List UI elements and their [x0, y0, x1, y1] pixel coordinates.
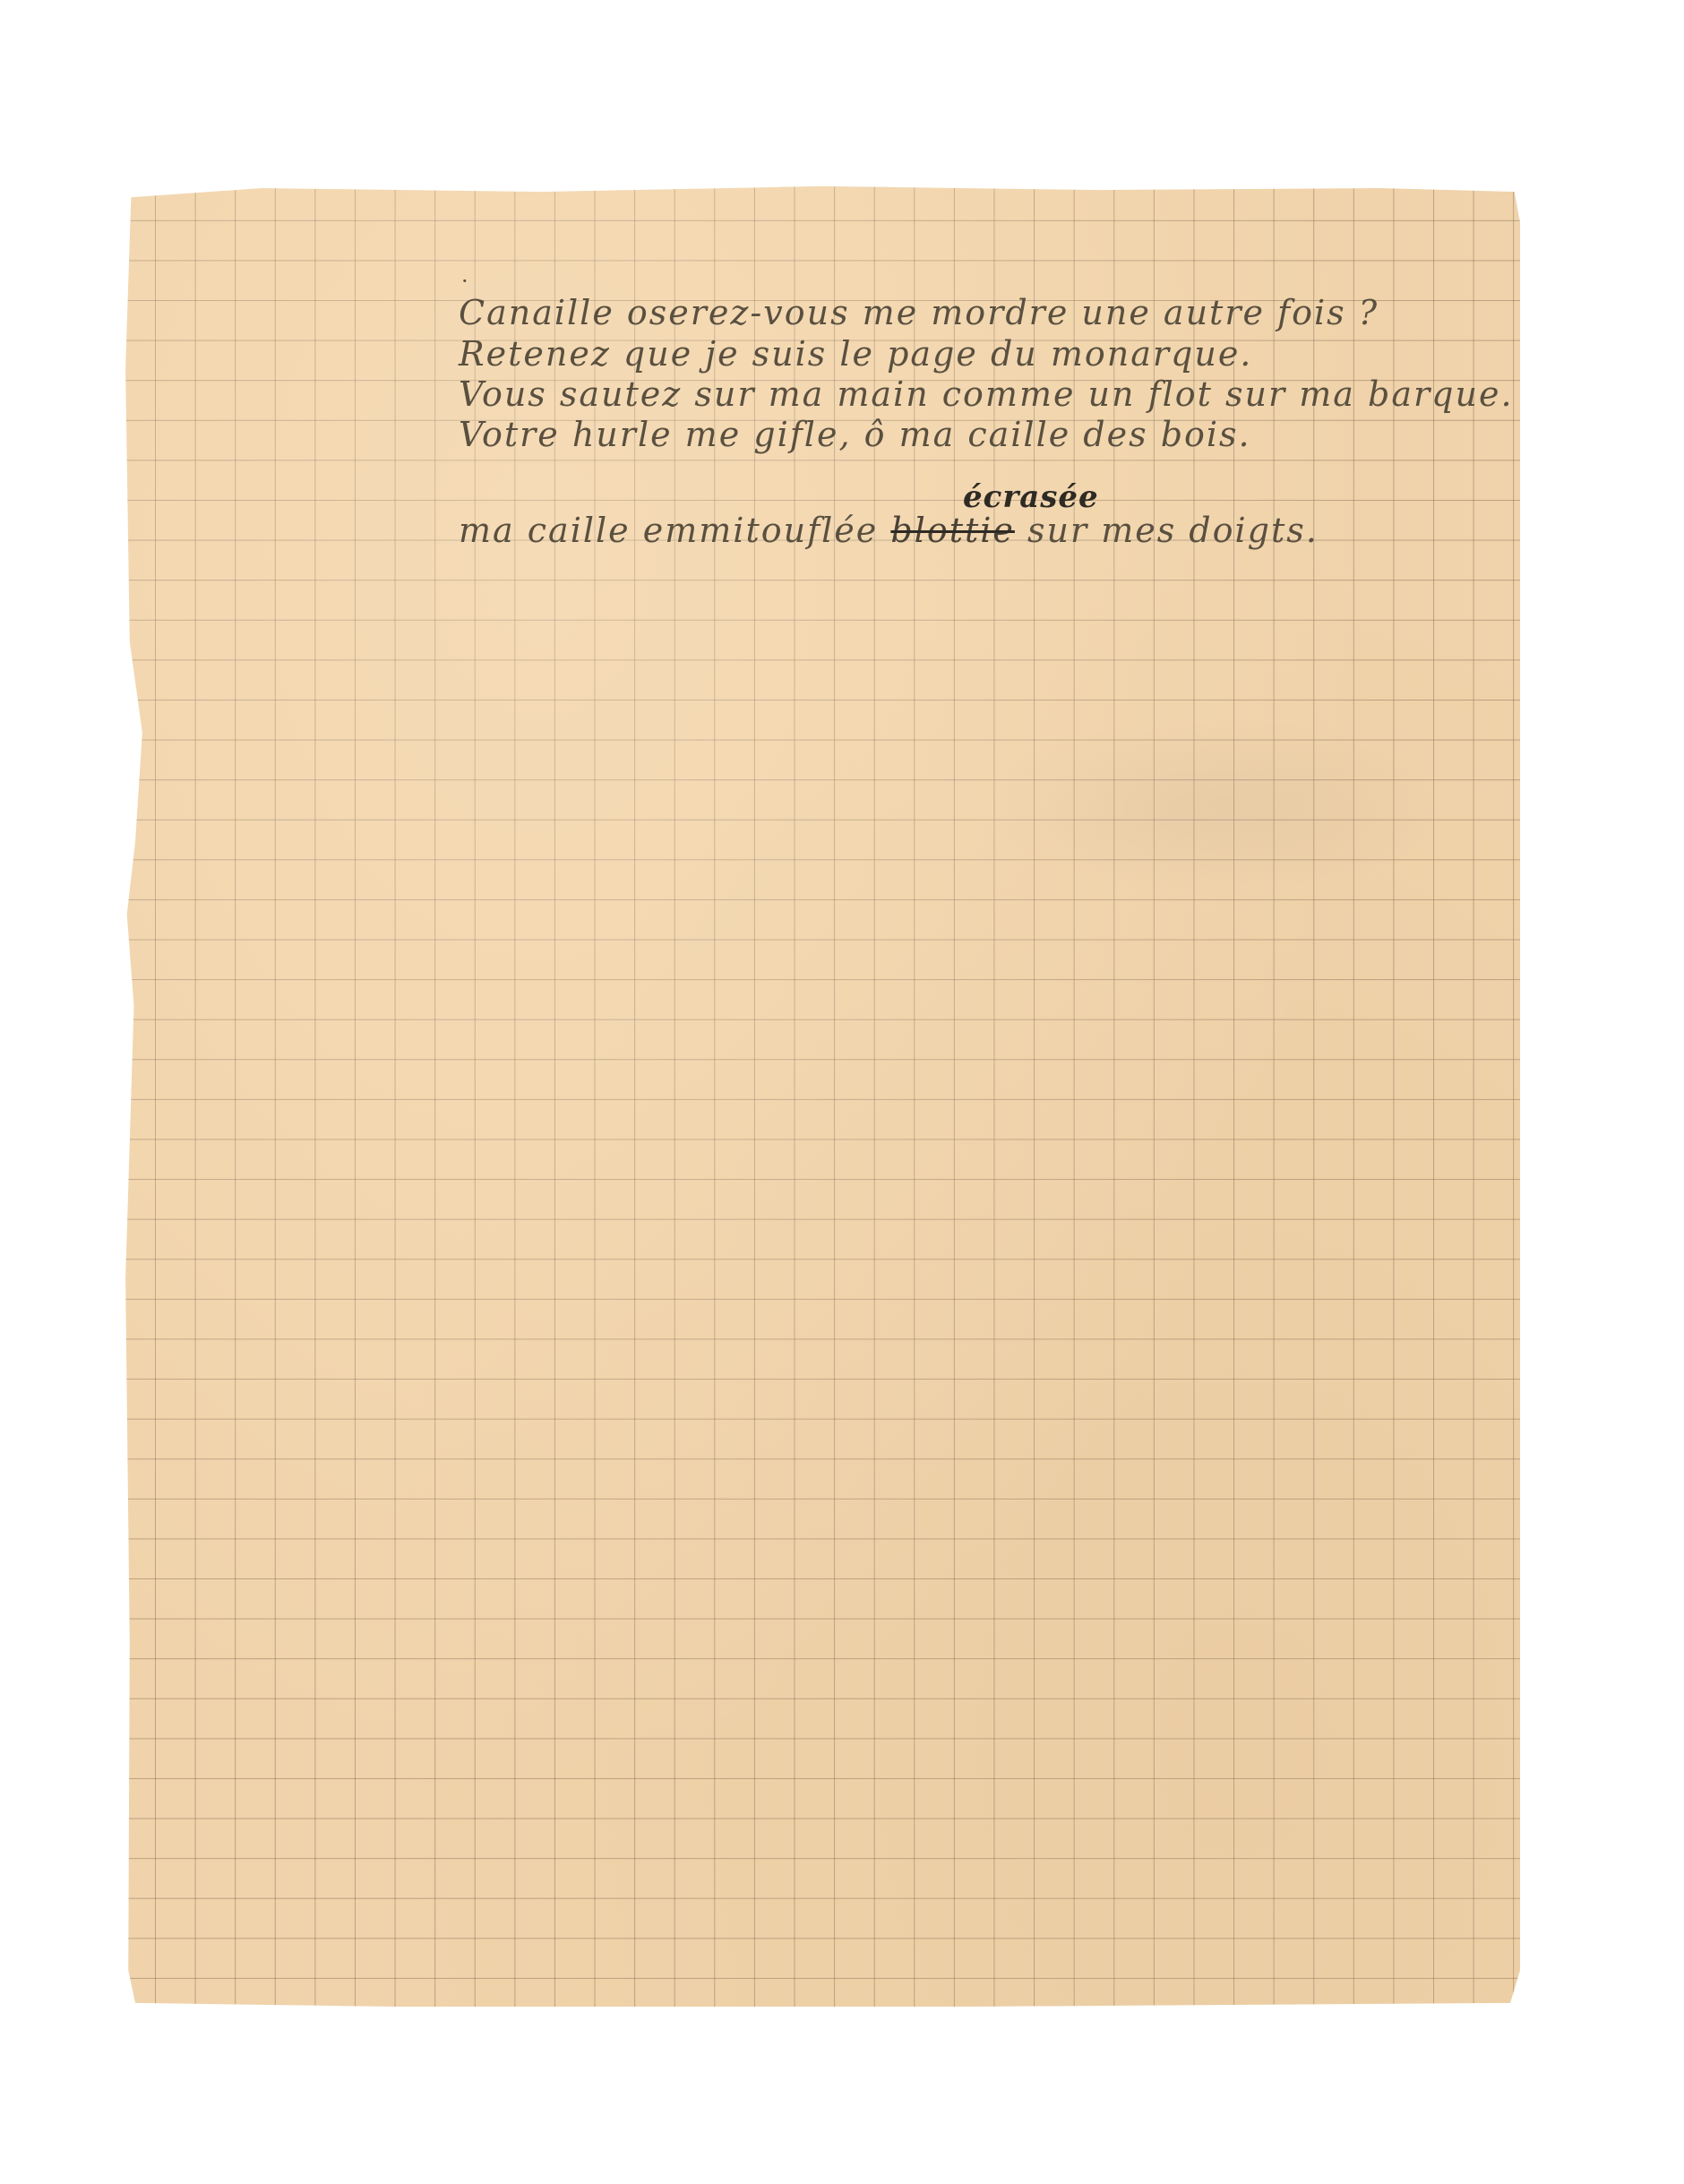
manuscript-insertion: écrasée	[963, 479, 1099, 515]
manuscript-line-2: Retenez que je suis le page du monarque.	[459, 337, 1252, 371]
show-through-stain	[985, 717, 1451, 896]
ink-dot: ·	[461, 269, 468, 294]
graph-paper-sheet	[123, 186, 1520, 2007]
manuscript-line-4: Votre hurle me gifle, ô ma caille des bo…	[459, 417, 1251, 451]
struck-word: blottie	[890, 511, 1015, 550]
manuscript-line-1: Canaille oserez-vous me mordre une autre…	[459, 296, 1379, 330]
manuscript-line-5: ma caille emmitouflée blottie sur mes do…	[459, 513, 1319, 547]
manuscript-line-3: Vous sautez sur ma main comme un flot su…	[459, 377, 1514, 411]
line-5-end: sur mes doigts.	[1015, 511, 1319, 550]
line-5-start: ma caille emmitouflée	[459, 511, 890, 550]
